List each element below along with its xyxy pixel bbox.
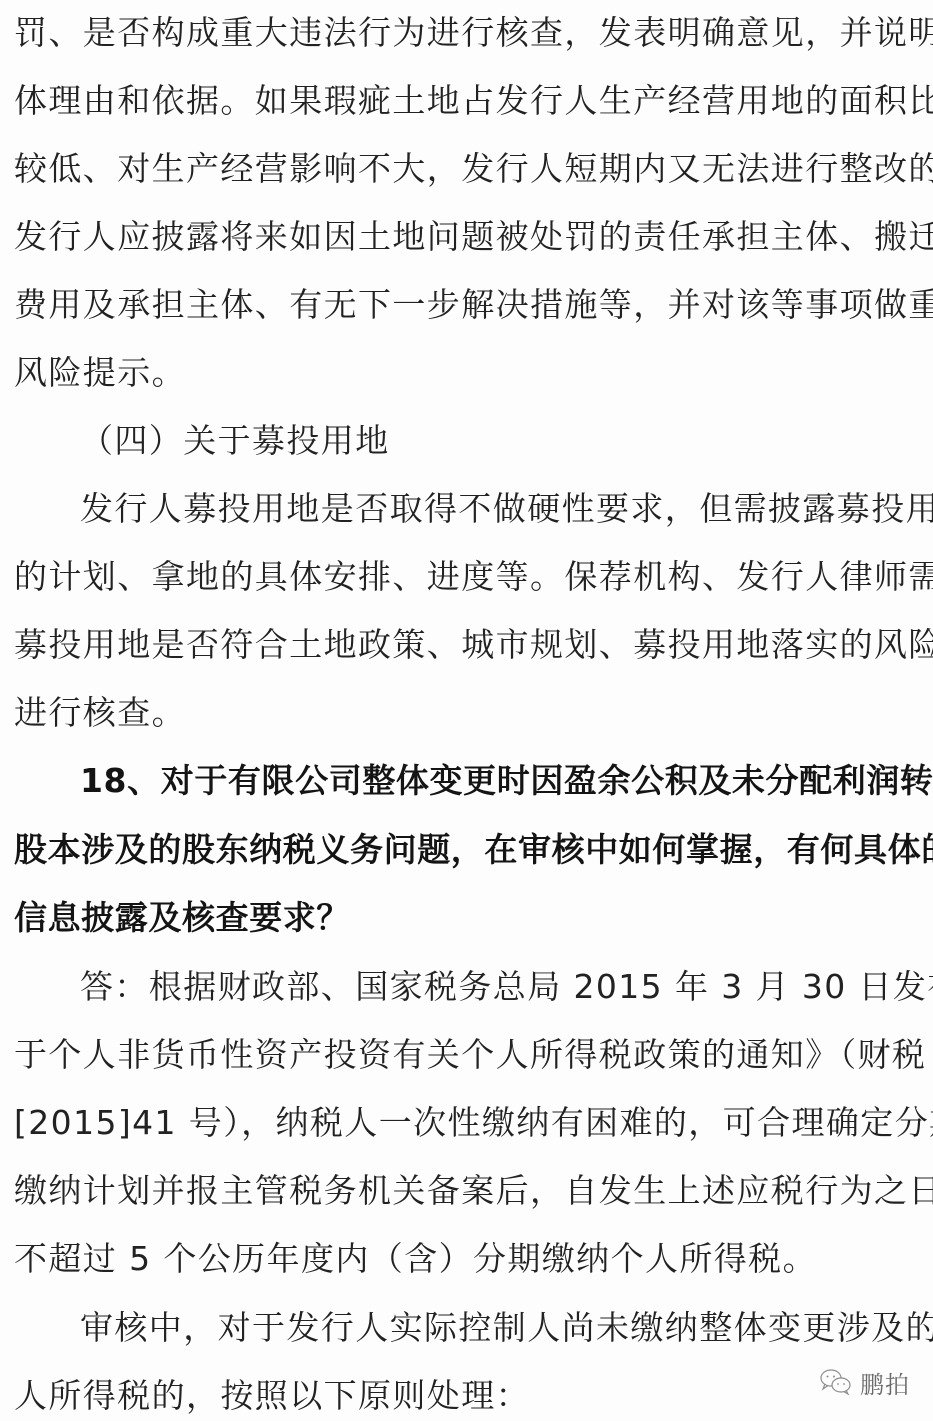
text-line: 发行人募投用地是否取得不做硬性要求，但需披露募投用地 bbox=[80, 484, 919, 534]
answer-line: 于个人非货币性资产投资有关个人所得税政策的通知》（财税 bbox=[14, 1030, 919, 1080]
watermark-text: 鹏拍 bbox=[860, 1365, 910, 1400]
answer-line: 答：根据财政部、国家税务总局 2015 年 3 月 30 日发布的《关 bbox=[80, 962, 919, 1012]
text-line: 费用及承担主体、有无下一步解决措施等，并对该等事项做重大 bbox=[14, 280, 919, 330]
text-line: 审核中，对于发行人实际控制人尚未缴纳整体变更涉及的个 bbox=[80, 1303, 919, 1353]
text-line: 的计划、拿地的具体安排、进度等。保荐机构、发行人律师需对 bbox=[14, 552, 919, 602]
answer-line: 不超过 5 个公历年度内（含）分期缴纳个人所得税。 bbox=[14, 1234, 919, 1284]
text-line: 进行核查。 bbox=[14, 688, 919, 738]
text-line: 人所得税的，按照以下原则处理： bbox=[14, 1371, 919, 1421]
section-heading: （四）关于募投用地 bbox=[80, 416, 919, 466]
text-line: 体理由和依据。如果瑕疵土地占发行人生产经营用地的面积比例 bbox=[14, 76, 919, 126]
answer-line: [2015]41 号），纳税人一次性缴纳有困难的，可合理确定分期 bbox=[14, 1098, 919, 1148]
text-line: 罚、是否构成重大违法行为进行核查，发表明确意见，并说明具 bbox=[14, 8, 919, 58]
text-line: 发行人应披露将来如因土地问题被处罚的责任承担主体、搬迁的 bbox=[14, 212, 919, 262]
watermark: 鹏拍 bbox=[818, 1362, 910, 1402]
question-heading: 信息披露及核查要求？ bbox=[14, 893, 919, 943]
question-heading: 股本涉及的股东纳税义务问题，在审核中如何掌握，有何具体的 bbox=[14, 825, 919, 875]
text-line: 风险提示。 bbox=[14, 348, 919, 398]
wechat-icon bbox=[818, 1367, 854, 1397]
text-line: 较低、对生产经营影响不大，发行人短期内又无法进行整改的， bbox=[14, 144, 919, 194]
text-line: 募投用地是否符合土地政策、城市规划、募投用地落实的风险等 bbox=[14, 620, 919, 670]
answer-line: 缴纳计划并报主管税务机关备案后，自发生上述应税行为之日起 bbox=[14, 1166, 919, 1216]
document-page: 罚、是否构成重大违法行为进行核查，发表明确意见，并说明具 体理由和依据。如果瑕疵… bbox=[0, 0, 933, 1421]
question-heading: 18、对于有限公司整体变更时因盈余公积及未分配利润转增 bbox=[80, 756, 919, 806]
